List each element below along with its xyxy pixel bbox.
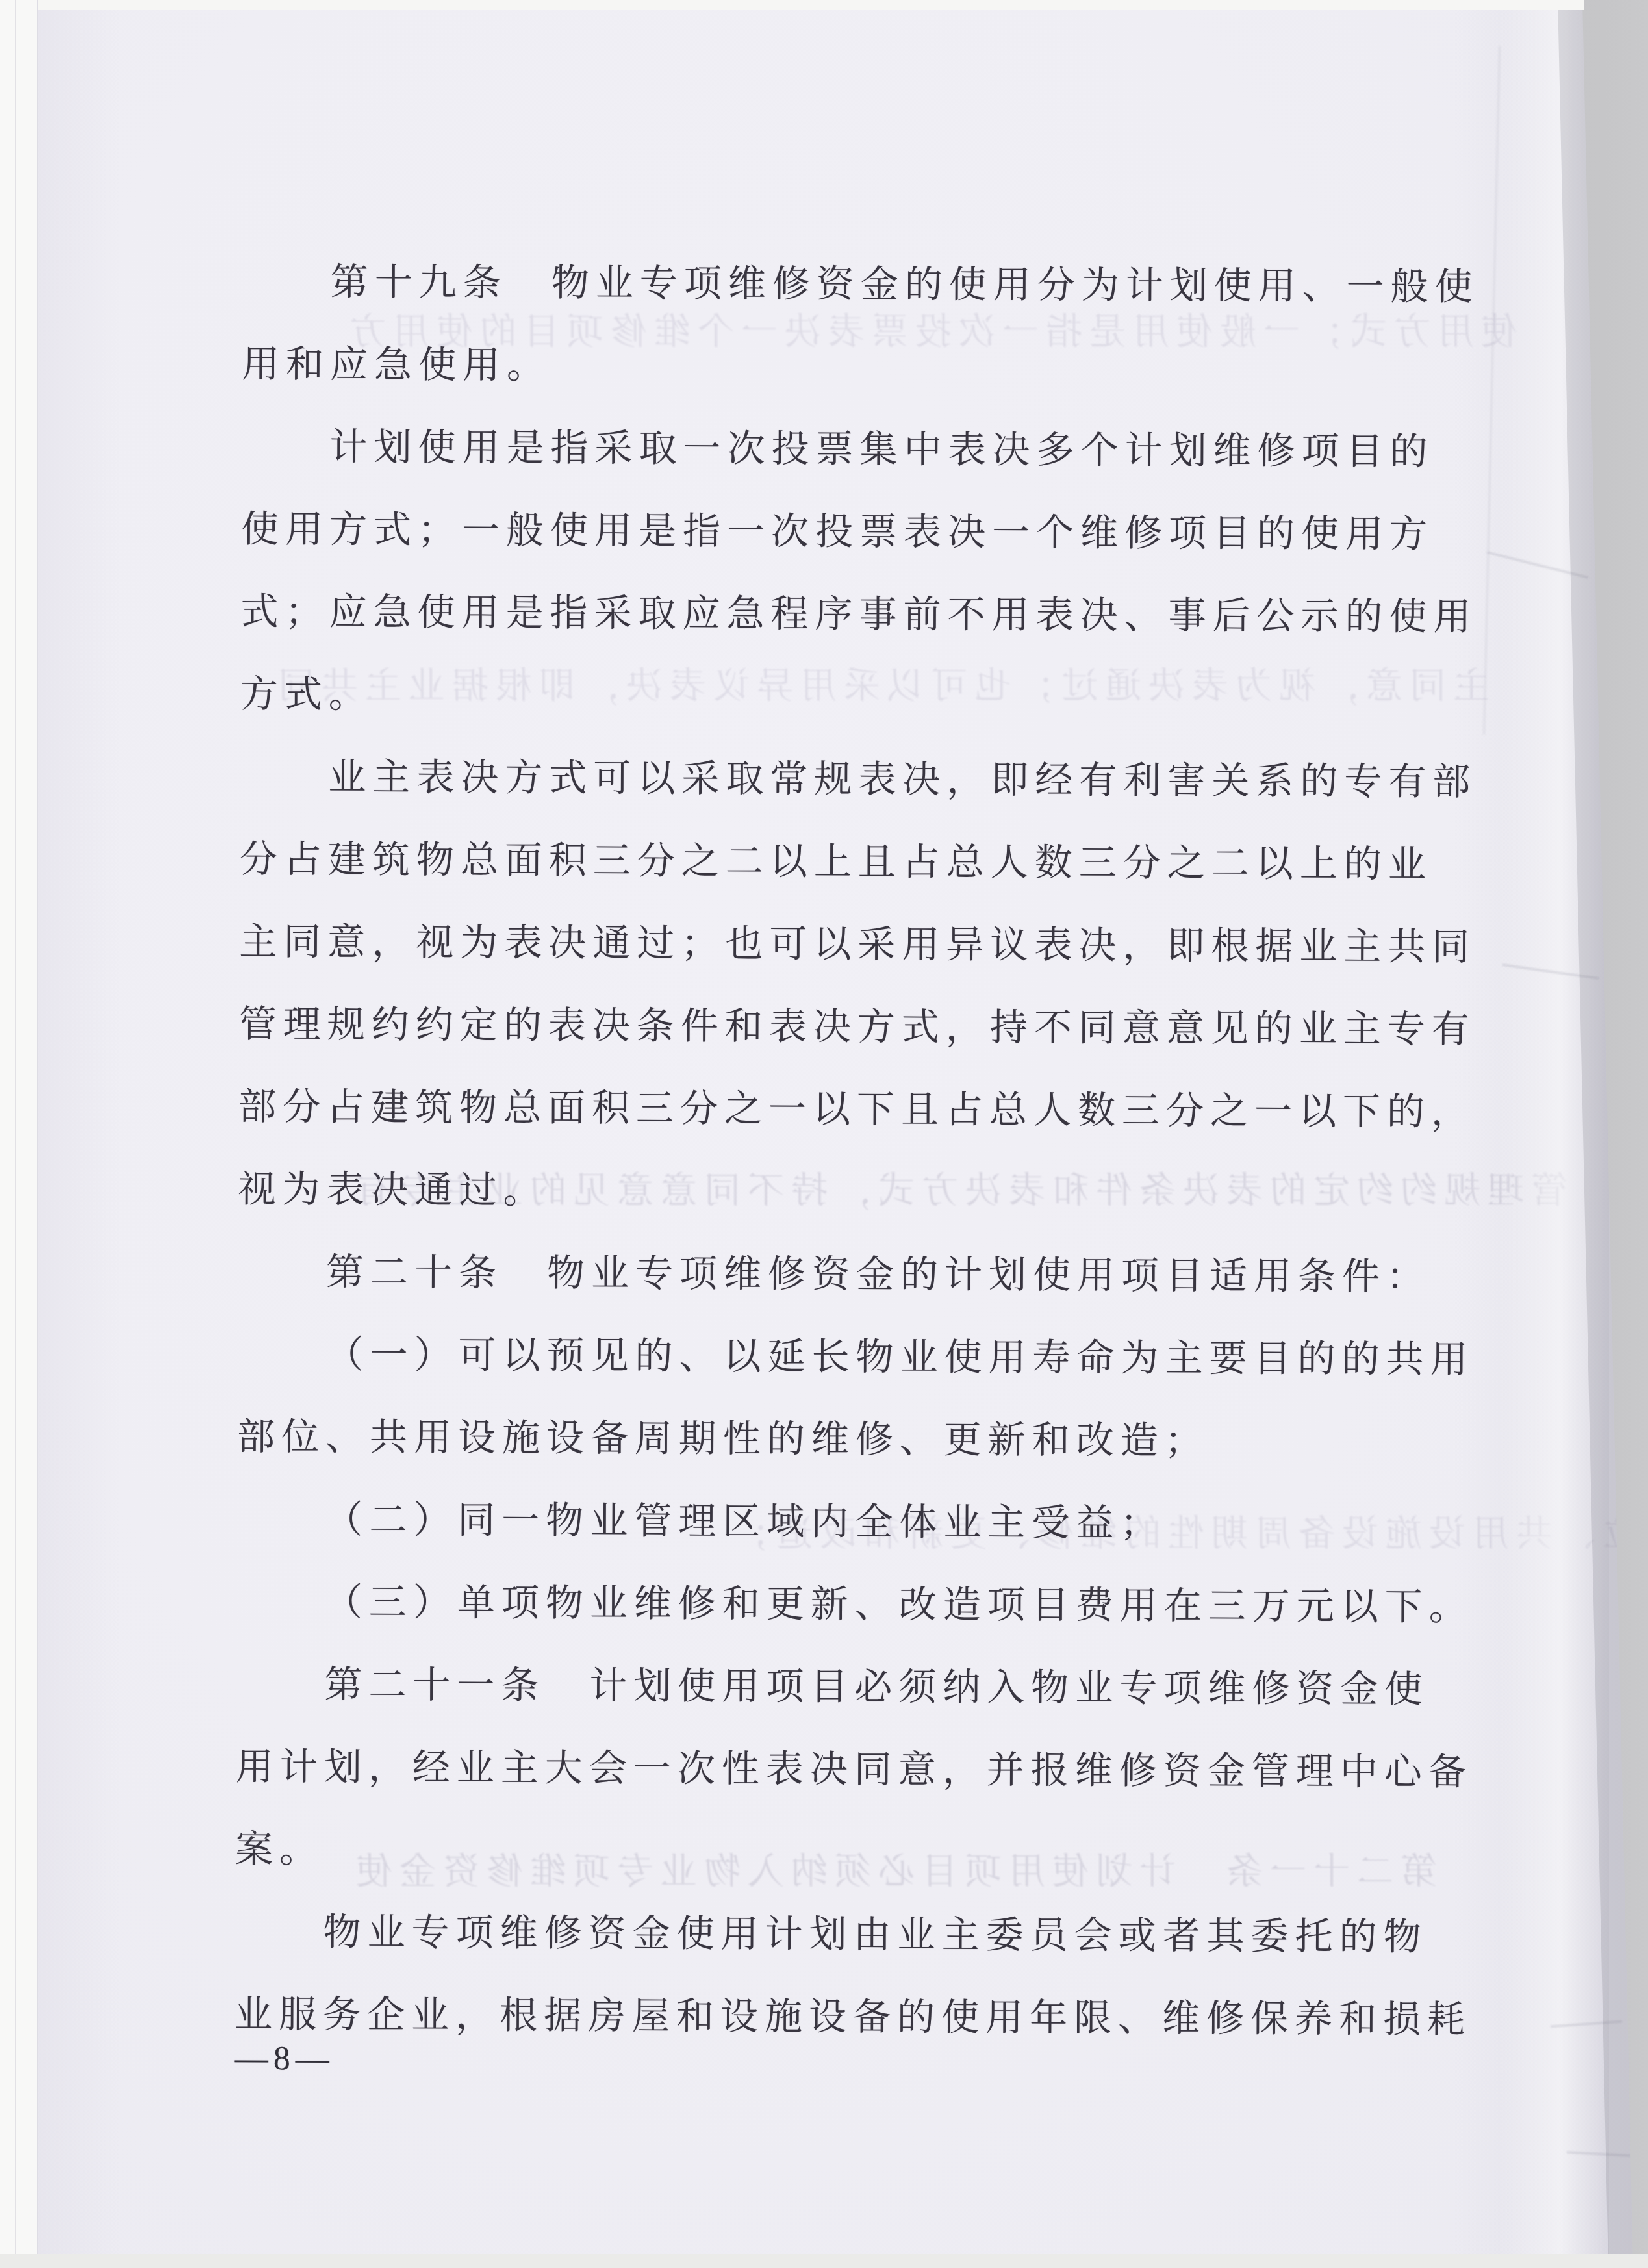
text-line: 分占建筑物总面积三分之二以上且占总人数三分之二以上的业 xyxy=(240,818,1477,906)
text-line: 案。 xyxy=(235,1808,1473,1896)
text-line: （二）同一物业管理区域内全体业主受益； xyxy=(236,1478,1474,1566)
scanner-top-edge xyxy=(0,0,1584,10)
scanner-left-edge xyxy=(0,0,38,2268)
text-line: 部分占建筑物总面积三分之一以下且占总人数三分之一以下的， xyxy=(238,1065,1476,1153)
text-line: 部位、共用设施设备周期性的维修、更新和改造； xyxy=(237,1395,1475,1483)
text-line: 业服务企业，根据房屋和设施设备的使用年限、维修保养和损耗 xyxy=(235,1973,1472,2061)
scanner-seam-line xyxy=(15,0,16,2268)
text-lines: 第十九条 物业专项维修资金的使用分为计划使用、一般使用和应急使用。计划使用是指采… xyxy=(235,240,1479,2061)
text-line: 用和应急使用。 xyxy=(242,323,1479,411)
scanned-document: 使用方式；一般使用是指一次投票表决一个维修项目的使用方 主同意，视为表决通过；也… xyxy=(0,0,1648,2268)
document-text: 第十九条 物业专项维修资金的使用分为计划使用、一般使用和应急使用。计划使用是指采… xyxy=(235,240,1479,2087)
text-line: （一）可以预见的、以延长物业使用寿命为主要目的的共用 xyxy=(237,1313,1475,1401)
text-line: 物业专项维修资金使用计划由业主委员会或者其委托的物 xyxy=(235,1891,1472,1978)
text-line: 第十九条 物业专项维修资金的使用分为计划使用、一般使 xyxy=(242,240,1479,328)
text-line: 式；应急使用是指采取应急程序事前不用表决、事后公示的使用 xyxy=(240,570,1478,658)
paper-crease xyxy=(1483,46,1501,735)
text-line: 用计划，经业主大会一次性表决同意，并报维修资金管理中心备 xyxy=(235,1726,1473,1813)
text-line: 视为表决通过。 xyxy=(238,1148,1475,1236)
text-line: 使用方式；一般使用是指一次投票表决一个维修项目的使用方 xyxy=(241,488,1478,576)
text-line: 业主表决方式可以采取常规表决，即经有利害关系的专有部 xyxy=(240,735,1477,823)
text-line: 管理规约约定的表决条件和表决方式，持不同意意见的业主专有 xyxy=(238,983,1476,1071)
text-line: 主同意，视为表决通过；也可以采用异议表决，即根据业主共同 xyxy=(239,900,1477,988)
text-line: 第二十一条 计划使用项目必须纳入物业专项维修资金使 xyxy=(236,1643,1473,1731)
text-line: 计划使用是指采取一次投票集中表决多个计划维修项目的 xyxy=(241,405,1478,493)
text-line: 第二十条 物业专项维修资金的计划使用项目适用条件： xyxy=(238,1230,1475,1318)
scanner-bottom-edge xyxy=(0,2254,1648,2268)
text-line: 方式。 xyxy=(240,653,1478,741)
text-line: （三）单项物业维修和更新、改造项目费用在三万元以下。 xyxy=(236,1561,1474,1648)
scanned-page: 使用方式；一般使用是指一次投票表决一个维修项目的使用方 主同意，视为表决通过；也… xyxy=(37,10,1648,2254)
